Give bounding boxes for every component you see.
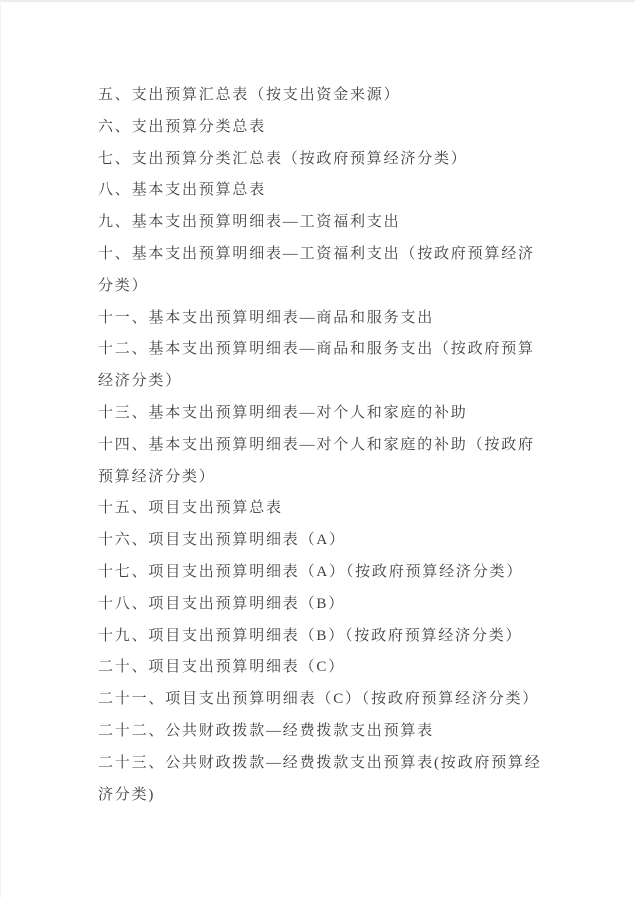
toc-line: 七、支出预算分类汇总表（按政府预算经济分类）	[98, 144, 539, 176]
toc-line: 九、基本支出预算明细表—工资福利支出	[98, 207, 539, 239]
toc-line: 六、支出预算分类总表	[98, 112, 539, 144]
document-page: 五、支出预算汇总表（按支出资金来源）六、支出预算分类总表七、支出预算分类汇总表（…	[0, 0, 635, 898]
toc-line: 十、基本支出预算明细表—工资福利支出（按政府预算经济	[98, 239, 539, 271]
toc-line: 五、支出预算汇总表（按支出资金来源）	[98, 80, 539, 112]
toc-line: 十五、项目支出预算总表	[98, 493, 539, 525]
toc-list: 五、支出预算汇总表（按支出资金来源）六、支出预算分类总表七、支出预算分类汇总表（…	[1, 2, 635, 811]
toc-line: 二十一、项目支出预算明细表（C）（按政府预算经济分类）	[98, 684, 539, 716]
toc-line: 十七、项目支出预算明细表（A）（按政府预算经济分类）	[98, 557, 539, 589]
toc-line: 经济分类）	[98, 366, 539, 398]
toc-line: 十一、基本支出预算明细表—商品和服务支出	[98, 303, 539, 335]
toc-line: 分类）	[98, 271, 539, 303]
toc-line: 预算经济分类）	[98, 462, 539, 494]
toc-line: 二十二、公共财政拨款—经费拨款支出预算表	[98, 716, 539, 748]
toc-line: 十二、基本支出预算明细表—商品和服务支出（按政府预算	[98, 334, 539, 366]
toc-line: 十六、项目支出预算明细表（A）	[98, 525, 539, 557]
toc-line: 十三、基本支出预算明细表—对个人和家庭的补助	[98, 398, 539, 430]
toc-line: 十九、项目支出预算明细表（B）（按政府预算经济分类）	[98, 621, 539, 653]
toc-line: 十八、项目支出预算明细表（B）	[98, 589, 539, 621]
toc-line: 济分类)	[98, 780, 539, 812]
toc-line: 二十、项目支出预算明细表（C）	[98, 652, 539, 684]
toc-line: 二十三、公共财政拨款—经费拨款支出预算表(按政府预算经	[98, 748, 539, 780]
toc-line: 十四、基本支出预算明细表—对个人和家庭的补助（按政府	[98, 430, 539, 462]
toc-line: 八、基本支出预算总表	[98, 175, 539, 207]
